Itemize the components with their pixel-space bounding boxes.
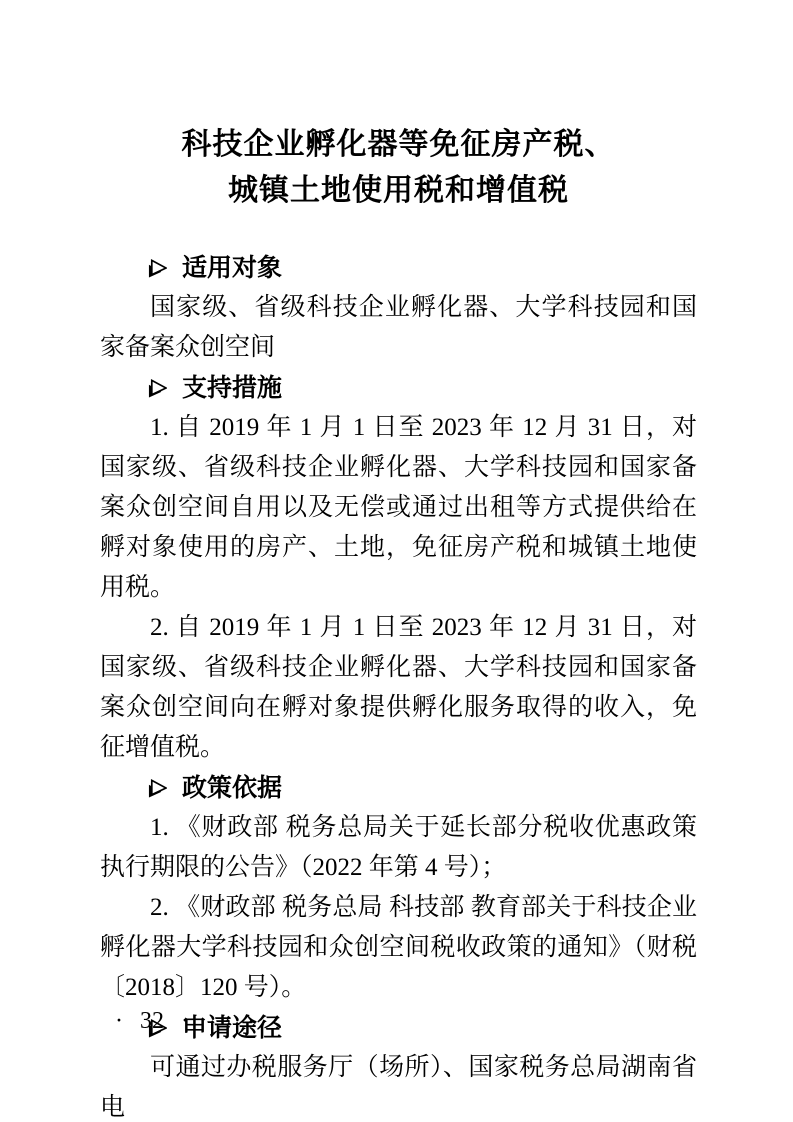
arrowhead-bullet-icon — [148, 379, 167, 398]
document-page: 科技企业孵化器等免征房产税、 城镇土地使用税和增值税 适用对象 国家级、省级科技… — [0, 0, 793, 1122]
footer-dot-right: · — [181, 1004, 189, 1038]
page-footer: · 32 · — [104, 1004, 200, 1038]
paragraph: 可通过办税服务厅（场所）、国家税务总局湖南省电 — [100, 1048, 697, 1122]
section-heading-label: 支持措施 — [182, 368, 282, 408]
paragraph: 1. 《财政部 税务总局关于延长部分税收优惠政策执行期限的公告》（2022 年第… — [100, 808, 697, 888]
document-content: 科技企业孵化器等免征房产税、 城镇土地使用税和增值税 适用对象 国家级、省级科技… — [100, 122, 697, 1122]
paragraph: 2. 《财政部 税务总局 科技部 教育部关于科技企业孵化器大学科技园和众创空间税… — [100, 888, 697, 1008]
section-heading-label: 政策依据 — [182, 768, 282, 808]
section-applicable-objects: 适用对象 国家级、省级科技企业孵化器、大学科技园和国家备案众创空间 — [100, 248, 697, 368]
arrowhead-bullet-icon — [148, 259, 167, 278]
section-heading: 适用对象 — [100, 248, 697, 288]
title-line-1: 科技企业孵化器等免征房产税、 — [100, 122, 697, 168]
section-heading: 支持措施 — [100, 368, 697, 408]
document-title: 科技企业孵化器等免征房产税、 城镇土地使用税和增值税 — [100, 122, 697, 214]
section-heading-label: 适用对象 — [182, 248, 282, 288]
section-heading: 政策依据 — [100, 768, 697, 808]
paragraph: 2. 自 2019 年 1 月 1 日至 2023 年 12 月 31 日，对国… — [100, 608, 697, 768]
paragraph: 国家级、省级科技企业孵化器、大学科技园和国家备案众创空间 — [100, 288, 697, 368]
footer-dot-left: · — [115, 1004, 123, 1038]
title-line-2: 城镇土地使用税和增值税 — [100, 168, 697, 214]
arrowhead-bullet-icon — [148, 779, 167, 798]
section-support-measures: 支持措施 1. 自 2019 年 1 月 1 日至 2023 年 12 月 31… — [100, 368, 697, 768]
paragraph: 1. 自 2019 年 1 月 1 日至 2023 年 12 月 31 日，对国… — [100, 408, 697, 608]
page-number: 32 — [140, 1004, 164, 1038]
section-policy-basis: 政策依据 1. 《财政部 税务总局关于延长部分税收优惠政策执行期限的公告》（20… — [100, 768, 697, 1008]
